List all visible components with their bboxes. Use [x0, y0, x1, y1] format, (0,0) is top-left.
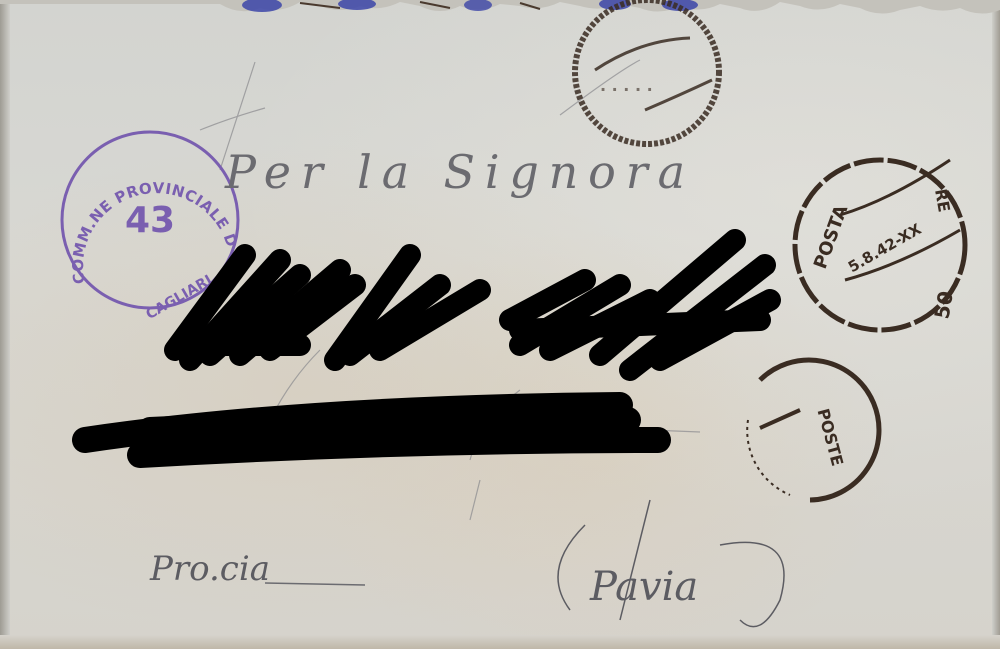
posta-militare-postmark: POSTA 5.8.42-XX RE 50 — [795, 160, 965, 330]
censor-stamp: COMM.NE PROVINCIALE DI CENSURA CAGLIARI … — [0, 0, 241, 323]
svg-text:COMM.NE PROVINCIALE DI CENSURA: COMM.NE PROVINCIALE DI CENSURA — [0, 0, 241, 285]
handwriting: Per la Signora Pro.cia Pavia — [149, 145, 784, 627]
handwriting-city: Pavia — [589, 564, 698, 610]
lower-postmark: POSTE — [747, 360, 879, 500]
lower-postmark-text: POSTE — [814, 406, 848, 468]
handwriting-province: Pro.cia — [149, 549, 270, 589]
censor-top-text: COMM.NE PROVINCIALE DI CENSURA — [0, 0, 241, 285]
redaction-name — [175, 240, 770, 370]
redactions — [85, 240, 770, 455]
envelope-photo: · · · · · COMM.NE PROVINCIALE DI CENSURA… — [0, 0, 1000, 649]
top-postmark: · · · · · — [575, 0, 719, 144]
svg-text:· · · · ·: · · · · · — [600, 80, 653, 99]
handwriting-line1: Per la Signora — [224, 145, 685, 199]
envelope-markings: · · · · · COMM.NE PROVINCIALE DI CENSURA… — [0, 0, 1000, 649]
redaction-street — [85, 405, 658, 455]
censor-number: 43 — [125, 200, 175, 241]
postmark-number: 50 — [930, 289, 958, 321]
postmark-re-text: RE — [931, 187, 954, 213]
